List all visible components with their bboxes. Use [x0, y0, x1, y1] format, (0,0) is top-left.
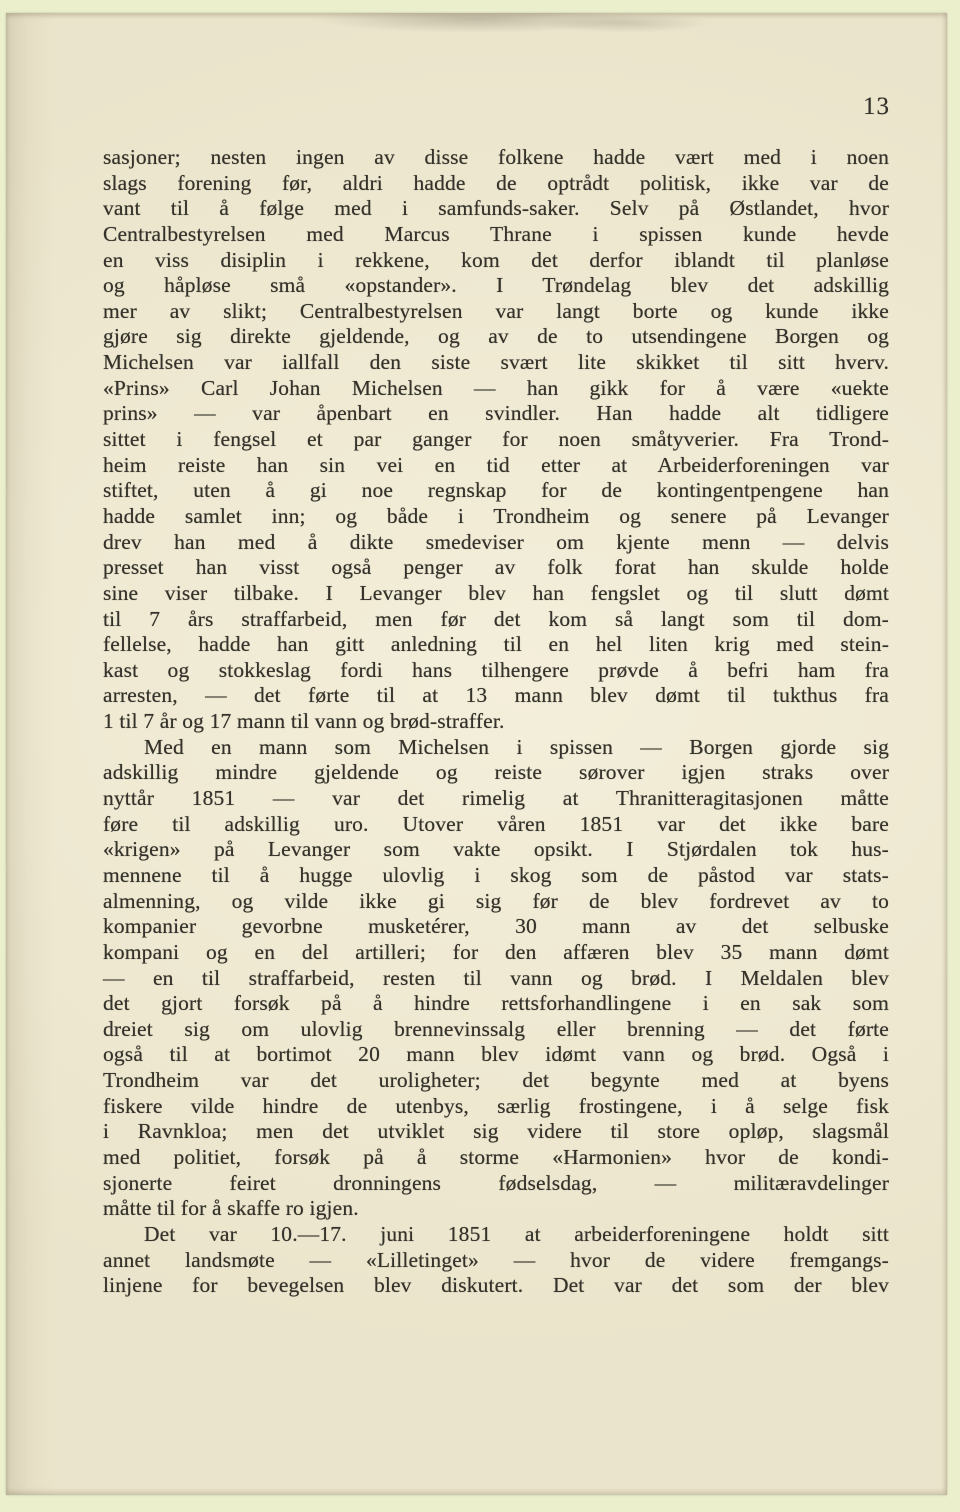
- text-line: dreiet sig om ulovlig brennevinssalg ell…: [103, 1017, 889, 1043]
- text-line: sittet i fengsel et par ganger for noen …: [103, 427, 889, 453]
- text-line: Michelsen var iallfall den siste svært l…: [103, 350, 889, 376]
- text-line: slags forening før, aldri hadde de optrå…: [103, 171, 889, 197]
- text-line: fellelse, hadde han gitt anledning til e…: [103, 632, 889, 658]
- text-line: linjene for bevegelsen blev diskutert. D…: [103, 1273, 889, 1299]
- text-line: — en til straffarbeid, resten til vann o…: [103, 966, 889, 992]
- text-line: gjøre sig direkte gjeldende, og av de to…: [103, 324, 889, 350]
- text-line: og håpløse små «opstander». I Trøndelag …: [103, 273, 889, 299]
- text-line: Det var 10.—17. juni 1851 at arbeiderfor…: [103, 1222, 889, 1248]
- text-line: det gjort forsøk på å hindre rettsforhan…: [103, 991, 889, 1017]
- text-line: adskillig mindre gjeldende og reiste sør…: [103, 760, 889, 786]
- text-line: prins» — var åpenbart en svindler. Han h…: [103, 401, 889, 427]
- text-line: en viss disiplin i rekkene, kom det derf…: [103, 248, 889, 274]
- text-line: arresten, — det førte til at 13 mann ble…: [103, 683, 889, 709]
- text-line: med politiet, forsøk på å storme «Harmon…: [103, 1145, 889, 1171]
- scan-background: { "colors": { "paper": "#f0ead3", "scann…: [0, 0, 960, 1512]
- text-line: i Ravnkloa; men det utviklet sig videre …: [103, 1119, 889, 1145]
- text-line: nyttår 1851 — var det rimelig at Thranit…: [103, 786, 889, 812]
- text-line: også til at bortimot 20 mann blev idømt …: [103, 1042, 889, 1068]
- text-line: vant til å følge med i samfunds-saker. S…: [103, 196, 889, 222]
- text-line: annet landsmøte — «Lilletinget» — hvor d…: [103, 1248, 889, 1274]
- text-line: drev han med å dikte smedeviser om kjent…: [103, 530, 889, 556]
- text-line: presset han visst også penger av folk fo…: [103, 555, 889, 581]
- text-line: heim reiste han sin vei en tid etter at …: [103, 453, 889, 479]
- text-line: stiftet, uten å gi noe regnskap for de k…: [103, 478, 889, 504]
- text-line: fiskere vilde hindre de utenbys, særlig …: [103, 1094, 889, 1120]
- text-line: kompanier gevorbne musketérer, 30 mann a…: [103, 914, 889, 940]
- text-line: Trondheim var det uroligheter; det begyn…: [103, 1068, 889, 1094]
- text-line: sjonerte feiret dronningens fødselsdag, …: [103, 1171, 889, 1197]
- book-page: 13 sasjoner; nesten ingen av disse folke…: [6, 13, 947, 1495]
- text-line: Med en mann som Michelsen i spissen — Bo…: [103, 735, 889, 761]
- body-text: sasjoner; nesten ingen av disse folkene …: [103, 145, 889, 1299]
- text-line: hadde samlet inn; og både i Trondheim og…: [103, 504, 889, 530]
- text-line: «Prins» Carl Johan Michelsen — han gikk …: [103, 376, 889, 402]
- text-line: mennene til å hugge ulovlig i skog som d…: [103, 863, 889, 889]
- text-line: kompani og en del artilleri; for den aff…: [103, 940, 889, 966]
- text-line: «krigen» på Levanger som vakte opsikt. I…: [103, 837, 889, 863]
- text-line: måtte til for å skaffe ro igjen.: [103, 1196, 889, 1222]
- text-line: 1 til 7 år og 17 mann til vann og brød-s…: [103, 709, 889, 735]
- text-line: almenning, og vilde ikke gi sig før de b…: [103, 889, 889, 915]
- text-line: sine viser tilbake. I Levanger blev han …: [103, 581, 889, 607]
- text-line: Centralbestyrelsen med Marcus Thrane i s…: [103, 222, 889, 248]
- text-line: kast og stokkeslag fordi hans tilhengere…: [103, 658, 889, 684]
- text-line: til 7 års straffarbeid, men før det kom …: [103, 607, 889, 633]
- text-line: føre til adskillig uro. Utover våren 185…: [103, 812, 889, 838]
- page-number: 13: [863, 93, 890, 121]
- text-line: sasjoner; nesten ingen av disse folkene …: [103, 145, 889, 171]
- text-line: mer av slikt; Centralbestyrelsen var lan…: [103, 299, 889, 325]
